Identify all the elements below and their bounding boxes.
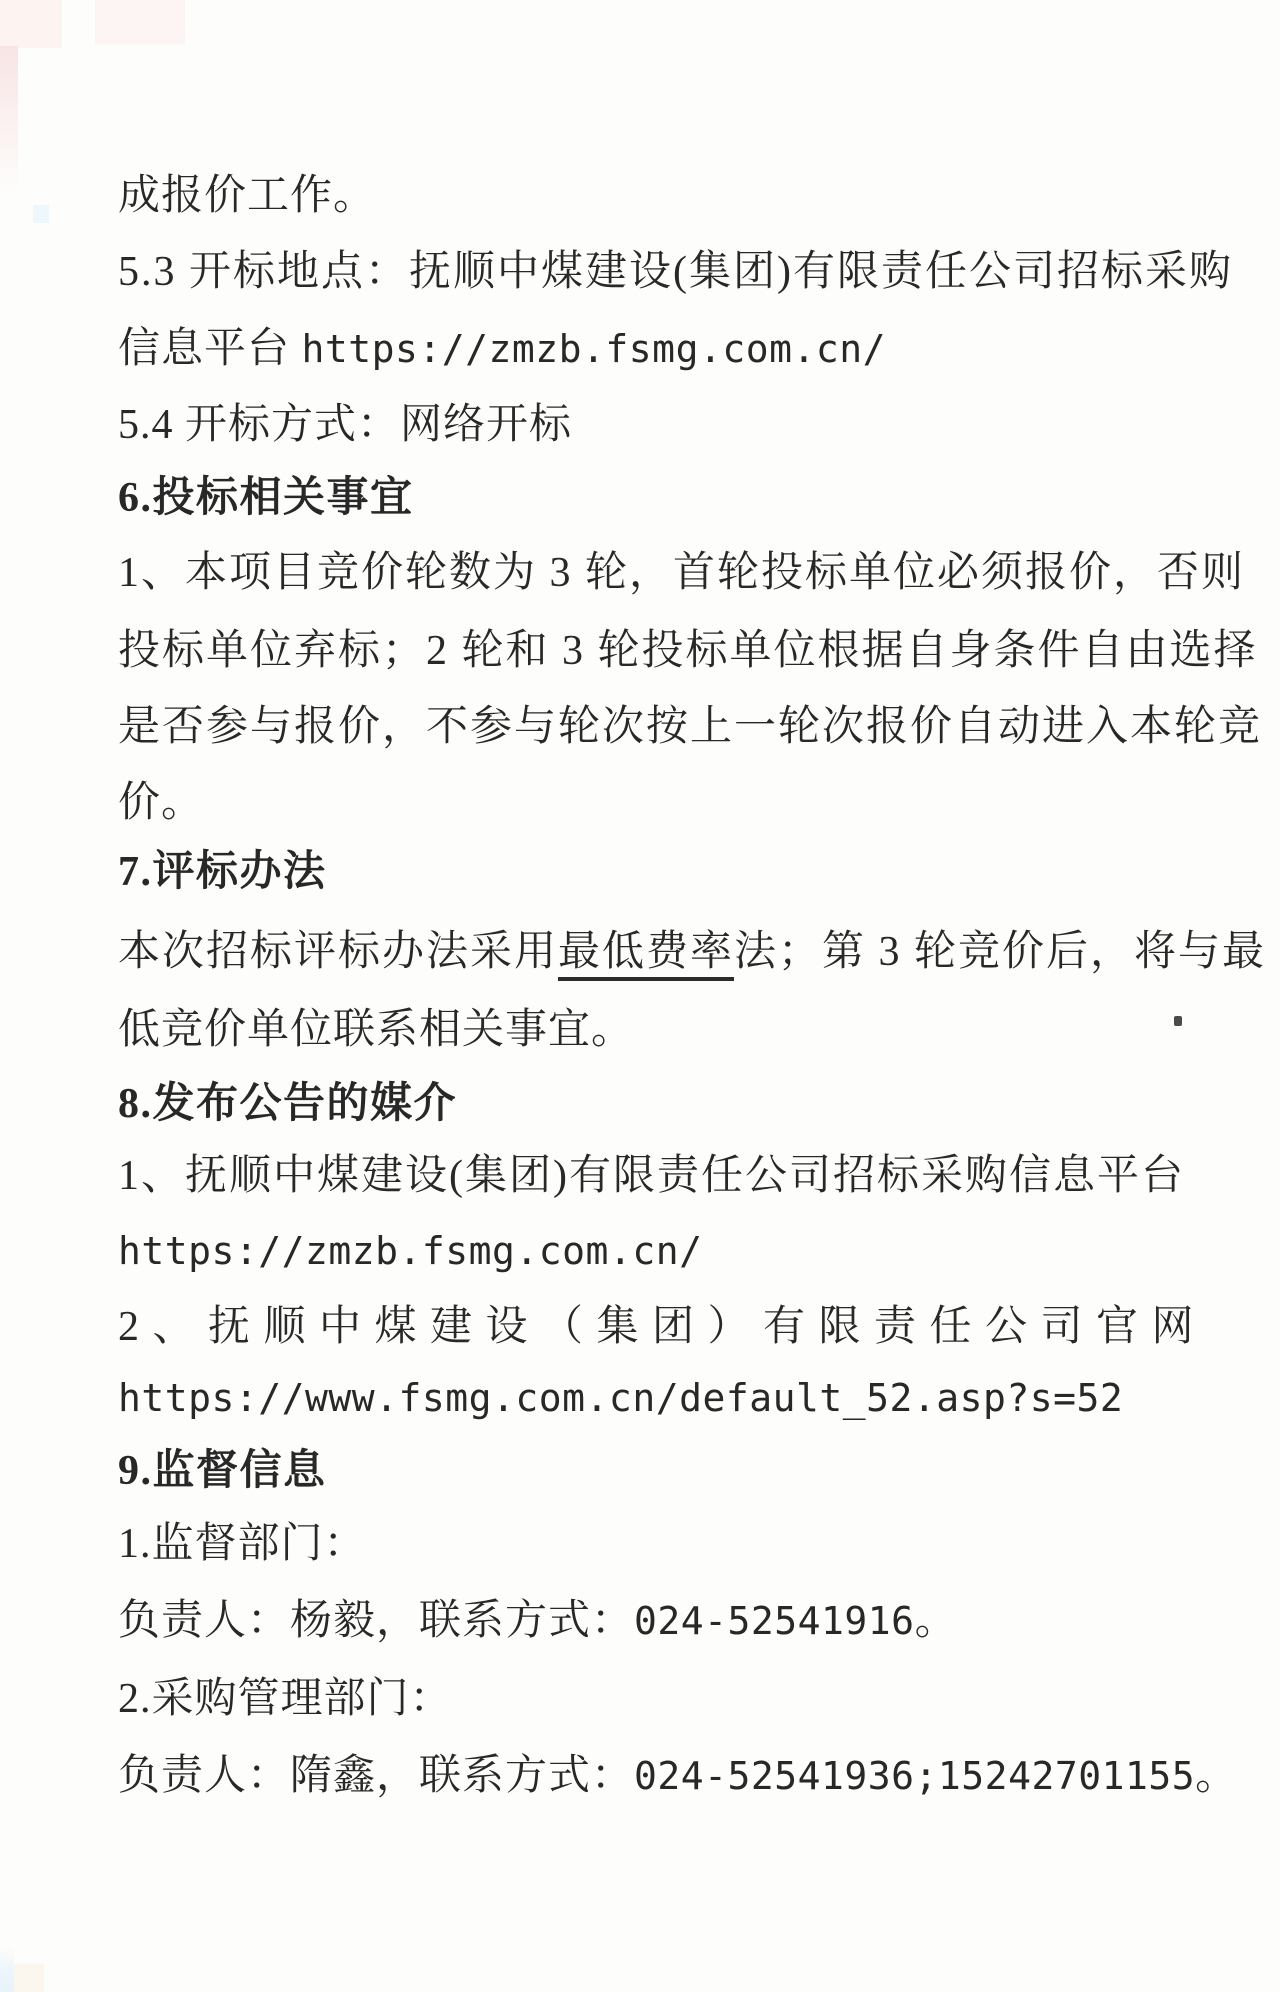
scan-artifact-pink-top-left-2: [95, 0, 185, 44]
procurement-contact-label: 负责人：隋鑫，联系方式：: [118, 1753, 634, 1799]
paragraph-media-1: 1、抚顺中煤建设(集团)有限责任公司招标采购信息平台: [118, 1152, 1185, 1200]
clause-5-4-opening-method: 5.4 开标方式：网络开标: [118, 401, 572, 449]
paragraph-evaluation-method: 本次招标评标办法采用最低费率法；第 3 轮竞价后，将与最: [118, 928, 1266, 976]
paragraph-media-2: 2、抚顺中煤建设（集团）有限责任公司官网: [118, 1303, 1207, 1351]
supervision-phone-number: 024-52541916: [634, 1599, 915, 1643]
scan-artifact-pink-top-left-1: [0, 0, 62, 48]
clause-5-3-platform-line: 信息平台 https://zmzb.fsmg.com.cn/: [118, 325, 886, 373]
media-2-url-text: https://www.fsmg.com.cn/default_52.asp?s…: [118, 1377, 1123, 1421]
heading-7-evaluation-method: 7.评标办法: [118, 848, 327, 896]
procurement-phone-numbers: 024-52541936;15242701155: [634, 1754, 1195, 1798]
evaluation-method-post: 法；第 3 轮竞价后，将与最: [734, 929, 1266, 975]
paragraph-procurement-contact: 负责人：隋鑫，联系方式：024-52541936;15242701155。: [118, 1752, 1238, 1800]
platform-label: 信息平台: [118, 326, 302, 372]
scan-artifact-pink-left-edge: [0, 46, 18, 194]
heading-8-announcement-media: 8.发布公告的媒介: [118, 1080, 457, 1128]
paragraph-bidding-rounds-4: 价。: [118, 779, 204, 827]
scan-artifact-blue-bottom-left: [0, 1946, 14, 1992]
clause-5-3-opening-location: 5.3 开标地点：抚顺中煤建设(集团)有限责任公司招标采购: [118, 248, 1233, 296]
paragraph-supervision-department: 1.监督部门：: [118, 1520, 367, 1568]
heading-9-supervision-info: 9.监督信息: [118, 1447, 327, 1495]
supervision-contact-end: 。: [915, 1598, 958, 1644]
scan-artifact-blue-spot: [33, 205, 49, 223]
paragraph-evaluation-method-2: 低竞价单位联系相关事宜。: [118, 1006, 634, 1054]
scan-artifact-ink-dot: [1174, 1016, 1182, 1026]
paragraph-bidding-rounds-1: 1、本项目竞价轮数为 3 轮，首轮投标单位必须报价，否则: [118, 549, 1245, 597]
paragraph-procurement-department: 2.采购管理部门：: [118, 1675, 453, 1723]
procurement-contact-end: 。: [1195, 1753, 1238, 1799]
paragraph-bidding-rounds-2: 投标单位弃标；2 轮和 3 轮投标单位根据自身条件自由选择: [118, 627, 1258, 675]
media-1-url-text: https://zmzb.fsmg.com.cn/: [118, 1230, 702, 1274]
supervision-contact-label: 负责人：杨毅，联系方式：: [118, 1598, 634, 1644]
paragraph-completion-note: 成报价工作。: [118, 172, 376, 220]
scanned-document-page: 成报价工作。 5.3 开标地点：抚顺中煤建设(集团)有限责任公司招标采购 信息平…: [0, 0, 1280, 1992]
scan-artifact-warm-bottom-left: [14, 1964, 44, 1992]
evaluation-method-pre: 本次招标评标办法采用: [118, 929, 558, 975]
underlined-term-lowest-rate: 最低费率: [558, 929, 734, 981]
paragraph-supervision-contact: 负责人：杨毅，联系方式：024-52541916。: [118, 1597, 958, 1645]
paragraph-bidding-rounds-3: 是否参与报价，不参与轮次按上一轮次报价自动进入本轮竞: [118, 703, 1262, 751]
platform-url-text: https://zmzb.fsmg.com.cn/: [302, 327, 886, 371]
heading-6-bid-related-matters: 6.投标相关事宜: [118, 474, 414, 522]
